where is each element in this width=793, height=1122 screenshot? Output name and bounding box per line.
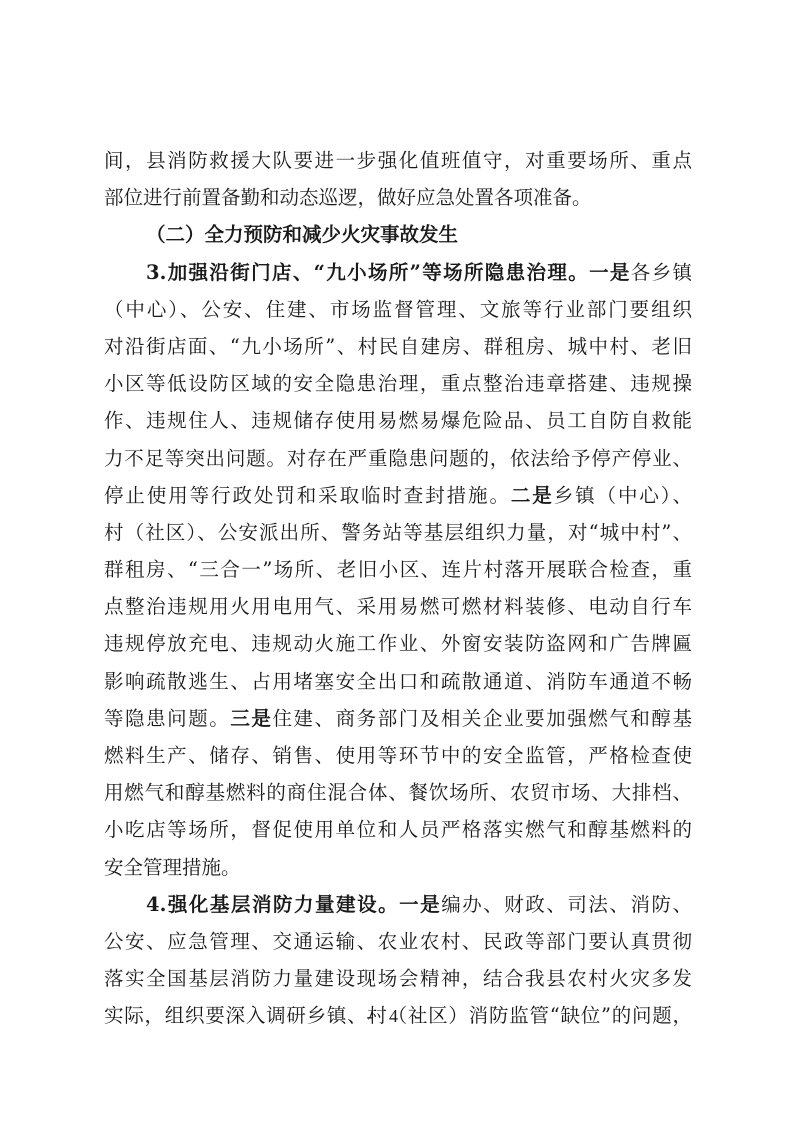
text-line: 小吃店等场所，督促使用单位和人员严格落实燃气和醇基燃料的 — [104, 811, 692, 848]
text-run: 作、违规住人、违规储存使用易燃易爆危险品、员工自防自救能 — [104, 409, 692, 432]
text-run: 对沿街店面、“九小场所”、村民自建房、群租房、城中村、老旧 — [104, 335, 692, 358]
text-line: 影响疏散逃生、占用堵塞安全出口和疏散通道、消防车通道不畅 — [104, 663, 692, 700]
text-run: 小区等低设防区域的安全隐患治理，重点整治违章搭建、违规操 — [104, 372, 692, 395]
bold-text: 3.加强沿街门店、“九小场所”等场所隐患治理。 — [146, 261, 589, 284]
text-line: （中心）、公安、住建、市场监督管理、文旅等行业部门要组织 — [104, 291, 692, 328]
text-line: 4.强化基层消防力量建设。一是编办、财政、司法、消防、 — [104, 886, 692, 923]
text-run: 公安、应急管理、交通运输、农业农村、民政等部门要认真贯彻 — [104, 930, 692, 953]
text-line: 间，县消防救援大队要进一步强化值班值守，对重要场所、重点 — [104, 142, 692, 179]
text-run: （中心）、公安、住建、市场监督管理、文旅等行业部门要组织 — [104, 298, 692, 321]
text-line: 公安、应急管理、交通运输、农业农村、民政等部门要认真贯彻 — [104, 923, 692, 960]
text-run: 乡镇（中心）、 — [554, 484, 692, 507]
text-run: 编办、财政、司法、消防、 — [441, 893, 692, 916]
bold-text: 三是 — [230, 707, 272, 730]
text-run: 部位进行前置备勤和动态巡逻，做好应急处置各项准备。 — [104, 186, 592, 209]
text-run: 点整治违规用火用电用气、采用易燃可燃材料装修、电动自行车 — [104, 595, 692, 618]
text-run: 力不足等突出问题。对存在严重隐患问题的，依法给予停产停业、 — [104, 447, 692, 470]
page-number: - 4 - — [0, 1006, 793, 1027]
text-run: 影响疏散逃生、占用堵塞安全出口和疏散通道、消防车通道不畅 — [104, 670, 692, 693]
text-run: 停止使用等行政处罚和采取临时查封措施。 — [104, 484, 511, 507]
text-line: 点整治违规用火用电用气、采用易燃可燃材料装修、电动自行车 — [104, 588, 692, 625]
bold-text: （二）全力预防和减少火灾事故发生 — [146, 223, 458, 246]
text-run: 违规停放充电、违规动火施工作业、外窗安装防盗网和广告牌匾 — [104, 632, 692, 655]
text-run: 群租房、“三合一”场所、老旧小区、连片村落开展联合检查，重 — [104, 558, 692, 581]
text-line: 落实全国基层消防力量建设现场会精神，结合我县农村火灾多发 — [104, 960, 692, 997]
text-run: 落实全国基层消防力量建设现场会精神，结合我县农村火灾多发 — [104, 967, 692, 990]
text-line: 3.加强沿街门店、“九小场所”等场所隐患治理。一是各乡镇 — [104, 254, 692, 291]
text-run: 用燃气和醇基燃料的商住混合体、餐饮场所、农贸市场、大排档、 — [104, 781, 692, 804]
text-run: 燃料生产、储存、销售、使用等环节中的安全监管，严格检查使 — [104, 744, 692, 767]
text-line: 部位进行前置备勤和动态巡逻，做好应急处置各项准备。 — [104, 179, 692, 216]
text-run: 间，县消防救援大队要进一步强化值班值守，对重要场所、重点 — [104, 149, 692, 172]
bold-text: 4.强化基层消防力量建设。 — [146, 893, 399, 916]
text-run: 等隐患问题。 — [104, 707, 230, 730]
text-run: 各乡镇 — [631, 261, 692, 284]
text-line: 安全管理措施。 — [104, 849, 692, 886]
text-run: 村（社区）、公安派出所、警务站等基层组织力量，对“城中村”、 — [104, 521, 692, 544]
text-run: 安全管理措施。 — [104, 856, 241, 879]
text-run: 小吃店等场所，督促使用单位和人员严格落实燃气和醇基燃料的 — [104, 818, 692, 841]
text-line: 小区等低设防区域的安全隐患治理，重点整治违章搭建、违规操 — [104, 365, 692, 402]
bold-text: 一是 — [399, 893, 441, 916]
bold-text: 一是 — [589, 261, 631, 284]
text-line: 燃料生产、储存、销售、使用等环节中的安全监管，严格检查使 — [104, 737, 692, 774]
text-line: 对沿街店面、“九小场所”、村民自建房、群租房、城中村、老旧 — [104, 328, 692, 365]
text-line: 作、违规住人、违规储存使用易燃易爆危险品、员工自防自救能 — [104, 402, 692, 439]
bold-text: 二是 — [511, 484, 554, 507]
text-line: 停止使用等行政处罚和采取临时查封措施。二是乡镇（中心）、 — [104, 477, 692, 514]
text-line: 等隐患问题。三是住建、商务部门及相关企业要加强燃气和醇基 — [104, 700, 692, 737]
text-line: 群租房、“三合一”场所、老旧小区、连片村落开展联合检查，重 — [104, 551, 692, 588]
document-body: 间，县消防救援大队要进一步强化值班值守，对重要场所、重点部位进行前置备勤和动态巡… — [104, 142, 692, 1035]
text-line: 村（社区）、公安派出所、警务站等基层组织力量，对“城中村”、 — [104, 514, 692, 551]
text-run: 住建、商务部门及相关企业要加强燃气和醇基 — [272, 707, 692, 730]
section-heading: （二）全力预防和减少火灾事故发生 — [104, 216, 692, 253]
text-line: 用燃气和醇基燃料的商住混合体、餐饮场所、农贸市场、大排档、 — [104, 774, 692, 811]
text-line: 违规停放充电、违规动火施工作业、外窗安装防盗网和广告牌匾 — [104, 625, 692, 662]
text-line: 力不足等突出问题。对存在严重隐患问题的，依法给予停产停业、 — [104, 440, 692, 477]
